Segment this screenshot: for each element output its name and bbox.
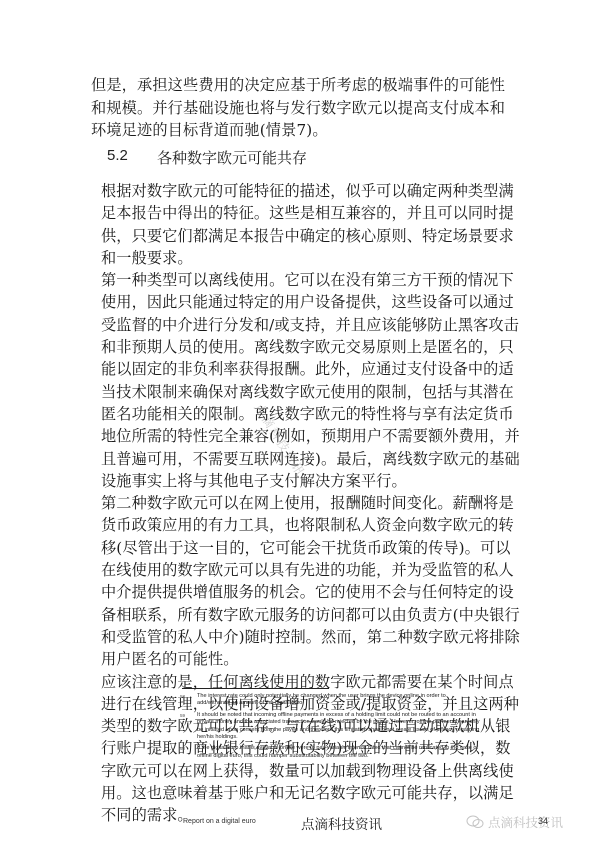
section-number: 5.2 bbox=[107, 147, 157, 168]
footnote-separator bbox=[182, 688, 329, 689]
footnote-text: The interest rate could only potentially… bbox=[197, 693, 480, 708]
footnote-number: 59 bbox=[180, 712, 197, 742]
footer-report-title: Report on a digital euro bbox=[183, 818, 256, 825]
page-number: 34 bbox=[538, 816, 548, 826]
footnote: 60 If the digital euro that is available… bbox=[180, 745, 480, 760]
footnote-number: 60 bbox=[180, 745, 197, 760]
body-paragraph: 根据对数字欧元的可能特征的描述，似乎可以确定两种类型满足本报告中得出的特征。这些… bbox=[101, 180, 523, 269]
footnote-text: It should be noted that incoming offline… bbox=[197, 712, 480, 742]
footnote: 58 The interest rate could only potentia… bbox=[180, 693, 480, 708]
top-paragraph: 但是，承担这些费用的决定应基于所考虑的极端事件的可能性和规模。并行基础设施也将与… bbox=[91, 74, 511, 142]
section-title: 各种数字欧元可能共存 bbox=[157, 147, 307, 168]
wechat-icon bbox=[466, 815, 484, 829]
document-page: 但是，承担这些费用的决定应基于所考虑的极端事件的可能性和规模。并行基础设施也将与… bbox=[0, 0, 600, 849]
body-paragraph: 第二种数字欧元可以在网上使用，报酬随时间变化。薪酬将是货币政策应用的有力工具，也… bbox=[101, 492, 523, 670]
footnote-text: If the digital euro that is available on… bbox=[197, 745, 480, 760]
footnote: 59 It should be noted that incoming offl… bbox=[180, 712, 480, 742]
wechat-watermark: 点滴科技资讯 bbox=[466, 813, 563, 831]
footnotes: 58 The interest rate could only potentia… bbox=[180, 693, 480, 764]
footnote-number: 58 bbox=[180, 693, 197, 708]
body-paragraph: 第一种类型可以离线使用。它可以在没有第三方干预的情况下使用，因此只能通过特定的用… bbox=[101, 269, 523, 492]
section-heading: 5.2 各种数字欧元可能共存 bbox=[107, 147, 307, 168]
wechat-watermark-text: 点滴科技资讯 bbox=[488, 813, 563, 831]
footer-brand: 点滴科技资讯 bbox=[301, 813, 382, 833]
